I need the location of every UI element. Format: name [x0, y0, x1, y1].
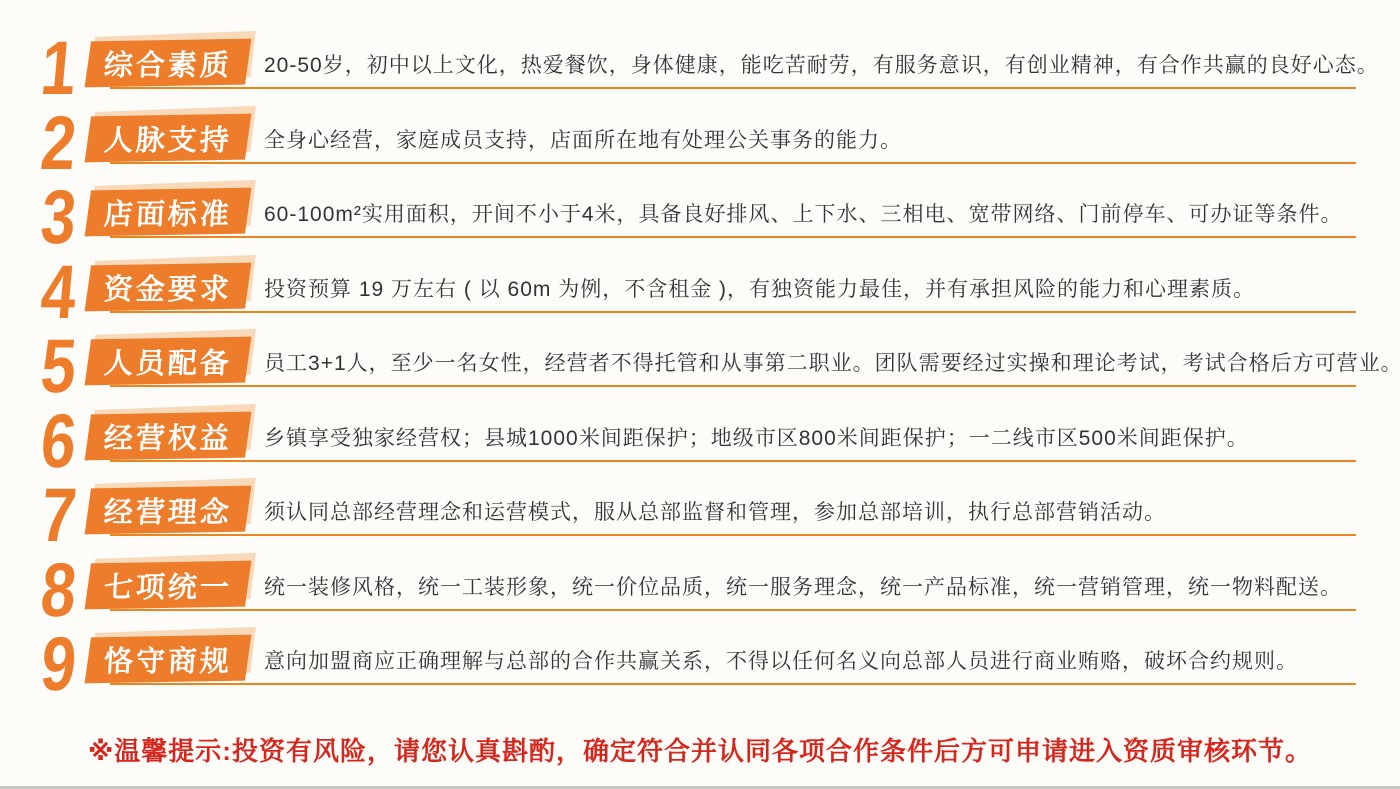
- row-number: 3: [38, 180, 79, 256]
- row-label: 经营理念: [103, 490, 233, 531]
- row-label-plate: 经营权益: [88, 413, 248, 459]
- requirement-row-7: 7 经营理念 须认同总部经营理念和运营模式，服从总部监督和管理，参加总部培训，执…: [0, 472, 1400, 547]
- requirement-row-4: 4 资金要求 投资预算 19 万左右 ( 以 60m 为例，不含租金 )，有独资…: [0, 249, 1400, 324]
- row-number: 2: [38, 106, 79, 182]
- row-number: 8: [38, 553, 79, 629]
- row-label: 资金要求: [103, 267, 233, 308]
- row-label: 综合素质: [103, 43, 233, 84]
- requirement-row-3: 3 店面标准 60-100m²实用面积，开间不小于4米，具备良好排风、上下水、三…: [0, 174, 1400, 249]
- row-description: 统一装修风格，统一工装形象，统一价位品质，统一服务理念，统一产品标准，统一营销管…: [264, 555, 1370, 616]
- row-number: 4: [38, 255, 79, 331]
- requirement-row-5: 5 人员配备 员工3+1人，至少一名女性，经营者不得托管和从事第二职业。团队需要…: [0, 323, 1400, 398]
- row-label: 经营权益: [103, 416, 233, 457]
- warm-tip-footer: ※温馨提示:投资有风险，请您认真斟酌，确定符合并认同各项合作条件后方可申请进入资…: [0, 731, 1400, 768]
- requirement-row-9: 9 恪守商规 意向加盟商应正确理解与总部的合作共赢关系，不得以任何名义向总部人员…: [0, 621, 1400, 696]
- row-description: 全身心经营，家庭成员支持，店面所在地有处理公关事务的能力。: [264, 108, 1370, 169]
- row-label: 人脉支持: [103, 118, 233, 159]
- row-label: 店面标准: [103, 192, 233, 233]
- row-label-plate: 综合素质: [88, 40, 248, 86]
- row-label-plate: 人脉支持: [88, 115, 248, 161]
- row-description: 须认同总部经营理念和运营模式，服从总部监督和管理，参加总部培训，执行总部营销活动…: [264, 480, 1370, 541]
- row-label: 恪守商规: [103, 639, 233, 680]
- requirement-row-6: 6 经营权益 乡镇享受独家经营权；县城1000米间距保护；地级市区800米间距保…: [0, 398, 1400, 473]
- row-label-plate: 七项统一: [88, 562, 248, 608]
- requirement-row-1: 1 综合素质 20-50岁，初中以上文化，热爱餐饮，身体健康，能吃苦耐劳，有服务…: [0, 25, 1400, 100]
- row-description: 员工3+1人，至少一名女性，经营者不得托管和从事第二职业。团队需要经过实操和理论…: [264, 331, 1370, 392]
- row-label: 人员配备: [103, 341, 233, 382]
- row-number: 9: [38, 627, 79, 703]
- row-number: 6: [38, 404, 79, 480]
- row-description: 20-50岁，初中以上文化，热爱餐饮，身体健康，能吃苦耐劳，有服务意识，有创业精…: [264, 33, 1370, 94]
- row-label-plate: 店面标准: [88, 189, 248, 235]
- row-label-plate: 经营理念: [88, 487, 248, 533]
- row-label: 七项统一: [103, 565, 233, 606]
- row-label-plate: 恪守商规: [88, 636, 248, 682]
- row-description: 投资预算 19 万左右 ( 以 60m 为例，不含租金 )，有独资能力最佳，并有…: [264, 257, 1370, 318]
- row-description: 60-100m²实用面积，开间不小于4米，具备良好排风、上下水、三相电、宽带网络…: [264, 182, 1370, 243]
- row-number: 5: [38, 329, 79, 405]
- requirement-row-8: 8 七项统一 统一装修风格，统一工装形象，统一价位品质，统一服务理念，统一产品标…: [0, 547, 1400, 622]
- row-label-plate: 资金要求: [88, 264, 248, 310]
- row-number: 7: [38, 478, 79, 554]
- franchise-requirements-poster: 1 综合素质 20-50岁，初中以上文化，热爱餐饮，身体健康，能吃苦耐劳，有服务…: [0, 0, 1400, 789]
- row-label-plate: 人员配备: [88, 338, 248, 384]
- row-description: 乡镇享受独家经营权；县城1000米间距保护；地级市区800米间距保护；一二线市区…: [264, 406, 1370, 467]
- row-description: 意向加盟商应正确理解与总部的合作共赢关系，不得以任何名义向总部人员进行商业贿赂，…: [264, 629, 1370, 690]
- row-number: 1: [38, 31, 79, 107]
- requirement-row-2: 2 人脉支持 全身心经营，家庭成员支持，店面所在地有处理公关事务的能力。: [0, 100, 1400, 175]
